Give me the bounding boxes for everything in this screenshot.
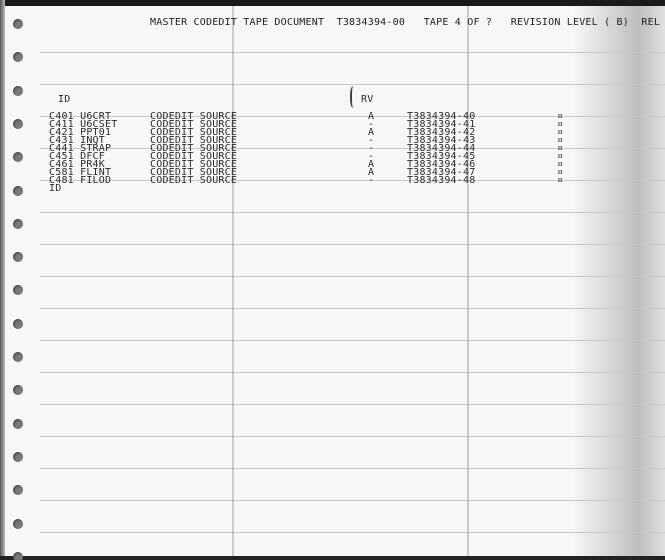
mark-column: ¤¤¤¤¤¤¤¤¤ [557, 113, 563, 185]
feed-hole [13, 219, 23, 229]
printout-page [5, 6, 665, 556]
feed-hole [13, 186, 23, 196]
fold-crease [467, 6, 469, 556]
ruled-line [40, 212, 665, 213]
feed-hole [13, 385, 23, 395]
id-column-label: ID [58, 96, 70, 104]
feed-hole [13, 52, 23, 62]
rv-column: A-A---AA- [368, 113, 374, 185]
ruled-line [40, 244, 665, 245]
feed-hole [13, 519, 23, 529]
tape-column: T3834394-40T3834394-41T3834394-42T383439… [407, 113, 475, 185]
ruled-line [40, 500, 665, 501]
ruled-line [40, 436, 665, 437]
table-cell-tape: T3834394-48 [407, 177, 475, 185]
document-header: MASTER CODEDIT TAPE DOCUMENT T3834394-00… [150, 17, 660, 29]
rv-column-label: RV [361, 96, 373, 104]
id-column: C401 U6CRTC411 U6CSETC421 PPT01C431 INQT… [49, 113, 117, 193]
table-cell-mark: ¤ [557, 177, 563, 185]
feed-hole [13, 419, 23, 429]
ruled-line [40, 404, 665, 405]
scan-top-edge [0, 0, 665, 6]
scan-left-edge [0, 0, 5, 560]
feed-hole [13, 452, 23, 462]
feed-hole [13, 485, 23, 495]
ruled-line [40, 116, 665, 117]
ruled-line [40, 84, 665, 85]
feed-hole [13, 352, 23, 362]
table-cell-rv: - [368, 177, 374, 185]
pen-mark [350, 86, 358, 108]
feed-hole [13, 152, 23, 162]
feed-hole [13, 252, 23, 262]
ruled-line [40, 468, 665, 469]
fold-crease [232, 6, 234, 556]
ruled-line [40, 180, 665, 181]
ruled-line [40, 276, 665, 277]
type-column: CODEDIT SOURCECODEDIT SOURCECODEDIT SOUR… [150, 113, 237, 185]
feed-hole [13, 19, 23, 29]
ruled-line [40, 52, 665, 53]
feed-hole [13, 119, 23, 129]
ruled-line [40, 308, 665, 309]
feed-hole [13, 319, 23, 329]
feed-hole [13, 285, 23, 295]
scan-bottom-edge [0, 556, 665, 560]
feed-hole [13, 86, 23, 96]
ruled-line [40, 532, 665, 533]
feed-hole [13, 552, 23, 560]
ruled-line [40, 340, 665, 341]
ruled-line [40, 148, 665, 149]
table-cell-type: CODEDIT SOURCE [150, 177, 237, 185]
id-footer-label: ID [49, 185, 117, 193]
ruled-line [40, 372, 665, 373]
